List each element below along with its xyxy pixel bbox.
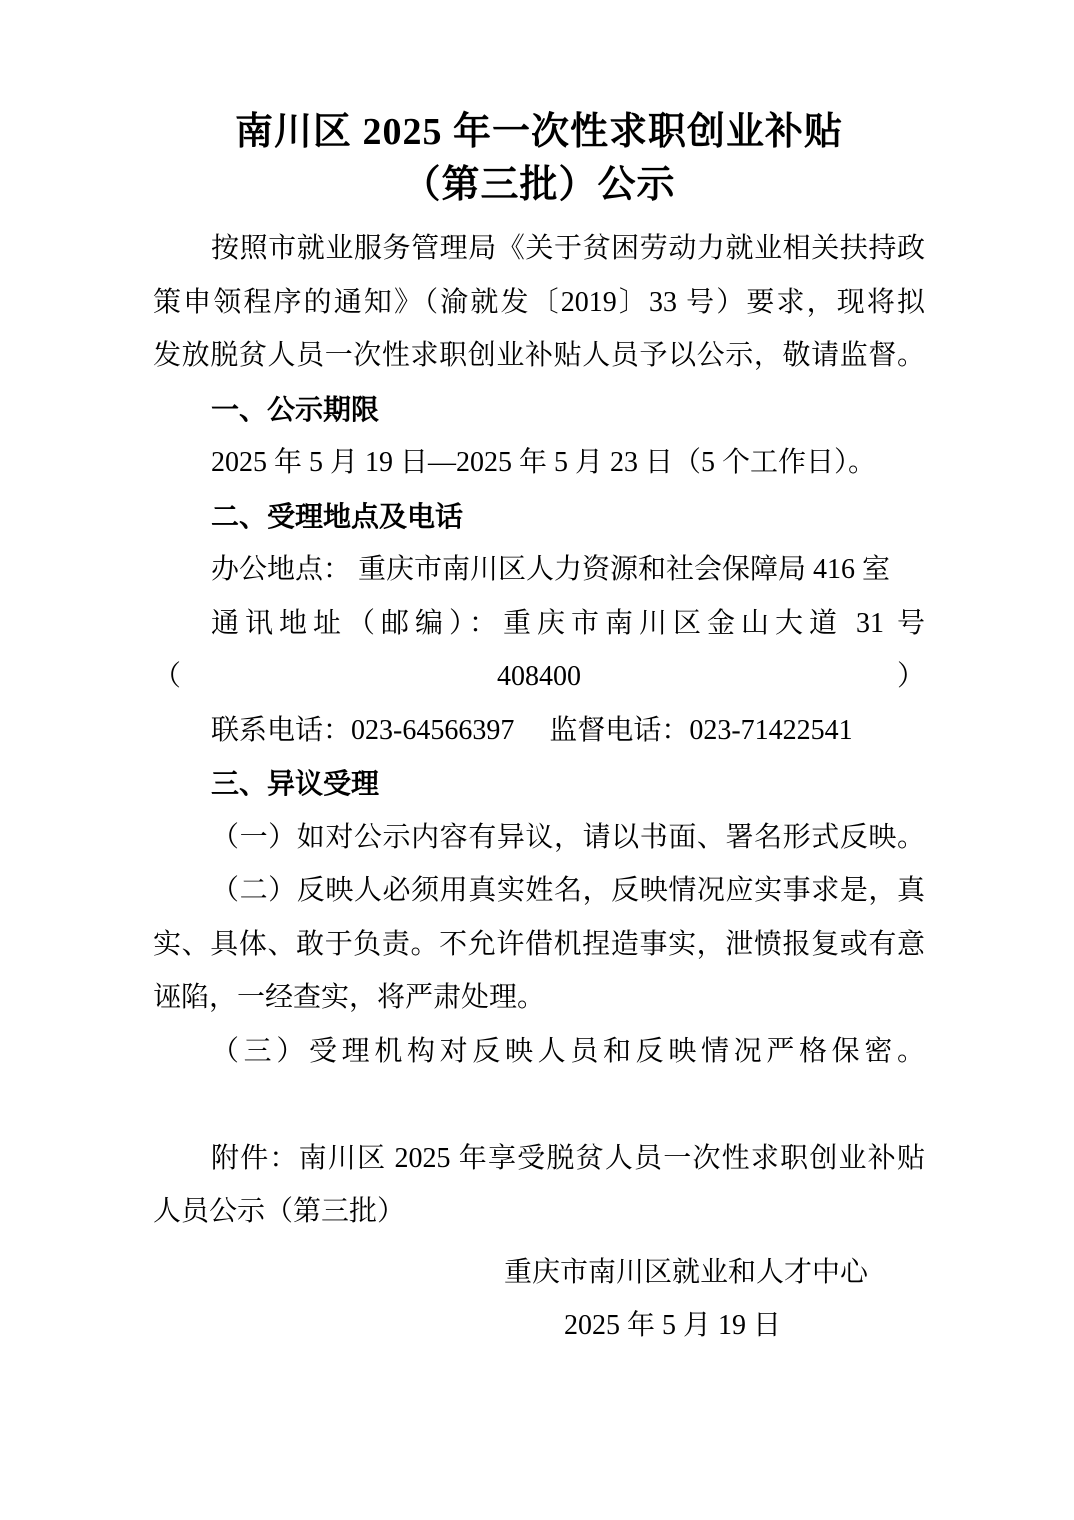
attachment-line-1: 附件：南川区 2025 年享受脱贫人员一次性求职创业补贴 <box>153 1132 925 1186</box>
objection-item-2-line-1: （二）反映人必须用真实姓名，反映情况应实事求是，真 <box>153 864 925 918</box>
intro-line-3: 发放脱贫人员一次性求职创业补贴人员予以公示，敬请监督。 <box>153 329 925 383</box>
section3-heading: 三、异议受理 <box>153 757 925 811</box>
title-line-1: 南川区 2025 年一次性求职创业补贴 <box>153 106 925 159</box>
intro-line-2: 策申领程序的通知》（渝就发〔2019〕33 号）要求，现将拟 <box>153 276 925 330</box>
blank-line <box>153 1078 925 1132</box>
mail-address-line: 通讯地址（邮编）：重庆市南川区金山大道 31 号（408400） <box>153 597 925 704</box>
attachment-line-2: 人员公示（第三批） <box>153 1185 925 1239</box>
title-line-2: （第三批）公示 <box>153 159 925 212</box>
notice-page: 南川区 2025 年一次性求职创业补贴 （第三批）公示 按照市就业服务管理局《关… <box>0 0 1074 1520</box>
objection-item-1: （一）如对公示内容有异议，请以书面、署名形式反映。 <box>153 811 925 865</box>
section1-heading: 一、公示期限 <box>153 383 925 437</box>
office-address-line: 办公地点： 重庆市南川区人力资源和社会保障局 416 室 <box>153 543 925 597</box>
section1-period: 2025 年 5 月 19 日—2025 年 5 月 23 日（5 个工作日）。 <box>153 436 925 490</box>
objection-item-2-line-3: 诬陷，一经查实，将严肃处理。 <box>153 971 925 1025</box>
section2-heading: 二、受理地点及电话 <box>153 490 925 544</box>
signature-organization: 重庆市南川区就业和人才中心 <box>504 1246 925 1300</box>
document-title: 南川区 2025 年一次性求职创业补贴 （第三批）公示 <box>153 106 925 212</box>
intro-line-1: 按照市就业服务管理局《关于贫困劳动力就业相关扶持政 <box>153 222 925 276</box>
objection-item-3: （三）受理机构对反映人员和反映情况严格保密。 <box>153 1025 925 1079</box>
phone-numbers-line: 联系电话：023-64566397 监督电话：023-71422541 <box>153 704 925 758</box>
text-block: 南川区 2025 年一次性求职创业补贴 （第三批）公示 按照市就业服务管理局《关… <box>0 0 1074 1353</box>
signature-date: 2025 年 5 月 19 日 <box>564 1299 925 1353</box>
objection-item-2-line-2: 实、具体、敢于负责。不允许借机捏造事实，泄愤报复或有意 <box>153 918 925 972</box>
document-body: 按照市就业服务管理局《关于贫困劳动力就业相关扶持政 策申领程序的通知》（渝就发〔… <box>153 222 925 1353</box>
